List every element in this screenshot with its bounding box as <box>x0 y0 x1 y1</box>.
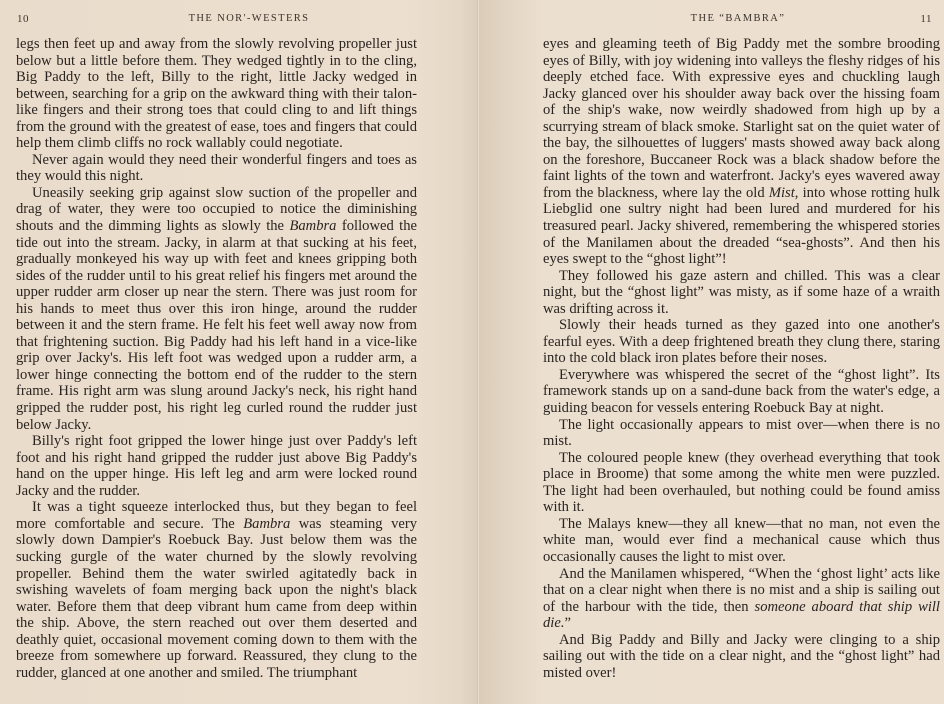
running-title: THE “BAMBRA” <box>538 13 938 24</box>
text-run: And Big Paddy and Billy and Jacky were c… <box>543 632 940 681</box>
italic-text: Bambra <box>243 516 290 532</box>
paragraph: Slowly their heads turned as they gazed … <box>543 317 940 367</box>
text-run: Everywhere was whispered the secret of t… <box>543 367 940 416</box>
text-run: ” <box>564 615 570 631</box>
book-spread: 10 THE NOR'-WESTERS legs then feet up an… <box>0 0 944 704</box>
text-run: They followed his gaze astern and chille… <box>543 268 940 317</box>
text-run: was steaming very slowly down Dampier's … <box>16 516 417 681</box>
right-running-head: THE “BAMBRA” 11 <box>478 0 944 30</box>
text-run: legs then feet up and away from the slow… <box>16 36 417 151</box>
paragraph: eyes and gleaming teeth of Big Paddy met… <box>543 36 940 268</box>
paragraph: The coloured people knew (they overhead … <box>543 450 940 516</box>
paragraph: Everywhere was whispered the secret of t… <box>543 367 940 417</box>
paragraph: The light occasionally appears to mist o… <box>543 417 940 450</box>
right-page: THE “BAMBRA” 11 eyes and gleaming teeth … <box>478 0 944 704</box>
running-title: THE NOR'-WESTERS <box>0 13 478 24</box>
left-page: 10 THE NOR'-WESTERS legs then feet up an… <box>0 0 478 704</box>
left-page-body: legs then feet up and away from the slow… <box>16 36 417 681</box>
text-run: Billy's right foot gripped the lower hin… <box>16 433 417 499</box>
paragraph: Never again would they need their wonder… <box>16 152 417 185</box>
paragraph: Billy's right foot gripped the lower hin… <box>16 433 417 499</box>
text-run: Never again would they need their wonder… <box>16 152 417 185</box>
page-number: 11 <box>920 13 932 25</box>
paragraph: It was a tight squeeze interlocked thus,… <box>16 499 417 681</box>
paragraph: And Big Paddy and Billy and Jacky were c… <box>543 632 940 682</box>
paragraph: Uneasily seeking grip against slow sucti… <box>16 185 417 433</box>
text-run: followed the tide out into the stream. J… <box>16 218 417 433</box>
text-run: The coloured people knew (they overhead … <box>543 450 940 516</box>
paragraph: And the Manilamen whispered, “When the ‘… <box>543 566 940 632</box>
text-run: The light occasionally appears to mist o… <box>543 417 940 450</box>
text-run: Slowly their heads turned as they gazed … <box>543 317 940 366</box>
paragraph: They followed his gaze astern and chille… <box>543 268 940 318</box>
italic-text: Bambra <box>289 218 336 234</box>
book-gutter <box>477 0 479 704</box>
paragraph: The Malays knew—they all knew—that no ma… <box>543 516 940 566</box>
right-page-body: eyes and gleaming teeth of Big Paddy met… <box>543 36 940 681</box>
paragraph: legs then feet up and away from the slow… <box>16 36 417 152</box>
italic-text: Mist <box>769 185 795 201</box>
left-running-head: 10 THE NOR'-WESTERS <box>0 0 478 30</box>
text-run: eyes and gleaming teeth of Big Paddy met… <box>543 36 940 201</box>
text-run: The Malays knew—they all knew—that no ma… <box>543 516 940 565</box>
